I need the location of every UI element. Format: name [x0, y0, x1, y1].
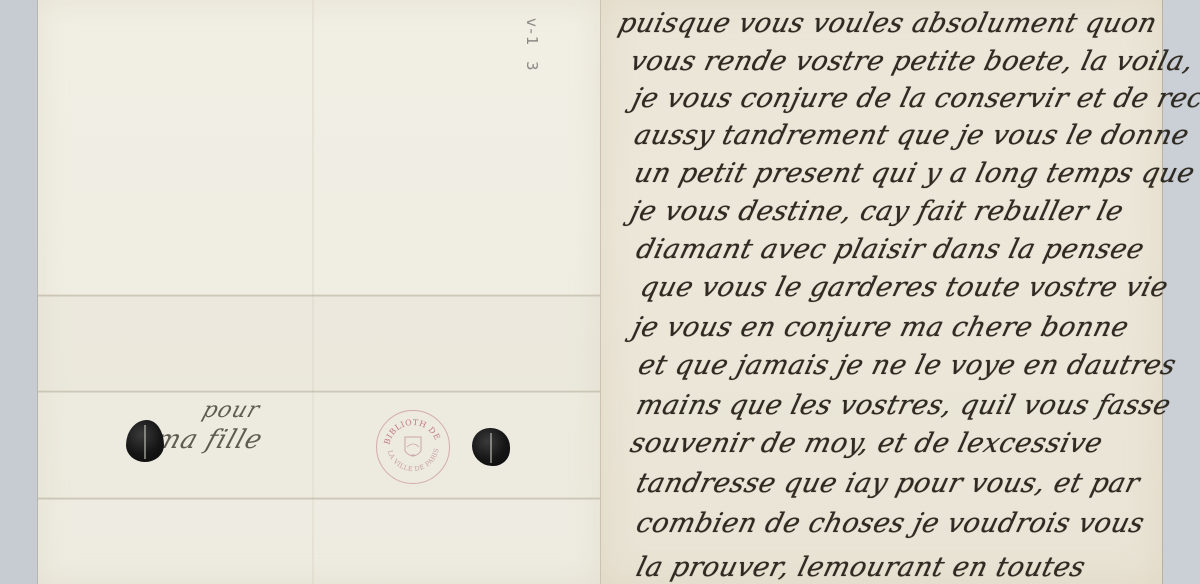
text-line: vous rende vostre petite boete, la voila… [627, 46, 1197, 77]
wax-seal-icon [472, 428, 510, 466]
horizontal-fold-line [38, 390, 600, 393]
address-line-1: pour [199, 398, 276, 423]
letter-page: puisque vous voules absolument quon vous… [600, 0, 1163, 584]
address-line-2: ma fille [151, 425, 267, 455]
address-panel [38, 393, 600, 497]
svg-text:LA VILLE DE PARIS: LA VILLE DE PARIS [386, 447, 441, 473]
horizontal-fold-line [38, 294, 600, 297]
text-line: un petit present qui y a long temps que [631, 158, 1198, 189]
library-stamp-icon: BIBLIOTH DE LA VILLE DE PARIS [376, 410, 450, 484]
text-line: je vous conjure de la conservir et de re… [629, 83, 1200, 114]
text-line: souvenir de moy, et de lexcessive [627, 428, 1106, 459]
svg-text:BIBLIOTH DE: BIBLIOTH DE [382, 418, 442, 446]
text-line: aussy tandrement que je vous le donne [631, 120, 1192, 151]
text-line: combien de choses je voudrois vous [633, 508, 1148, 539]
text-line: puisque vous voules absolument quon [615, 8, 1160, 39]
pencil-annotation: v-1 3 [523, 18, 541, 73]
text-line: que vous le garderes toute vostre vie [637, 272, 1171, 303]
photo-backdrop-left [0, 0, 38, 584]
text-line: la prouver, lemourant en toutes [633, 552, 1089, 583]
outer-address-sheet: v-1 3 [37, 0, 600, 584]
text-line: je vous destine, cay fait rebuller le [627, 196, 1127, 227]
horizontal-fold-line [38, 497, 600, 500]
text-line: je vous en conjure ma chere bonne [629, 312, 1132, 343]
text-line: tandresse que iay pour vous, et par [633, 468, 1143, 499]
handwritten-text: puisque vous voules absolument quon vous… [601, 0, 1162, 584]
text-line: diamant avec plaisir dans la pensee [633, 234, 1147, 265]
fold-panel [38, 296, 600, 390]
text-line: mains que les vostres, quil vous fasse [633, 390, 1174, 421]
wax-seal-icon [126, 420, 164, 462]
text-line: et que jamais je ne le voye en dautres [635, 350, 1179, 381]
address-inscription: pour ma fille [151, 398, 276, 455]
